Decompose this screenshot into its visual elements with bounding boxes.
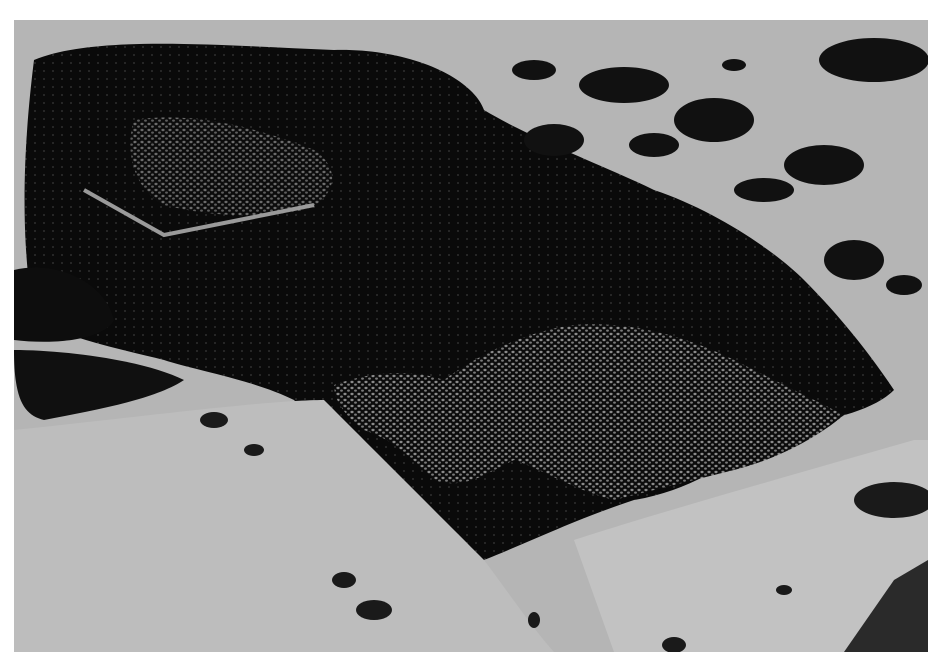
mosaic-scene bbox=[14, 20, 928, 652]
mosaic-photograph bbox=[14, 20, 928, 652]
